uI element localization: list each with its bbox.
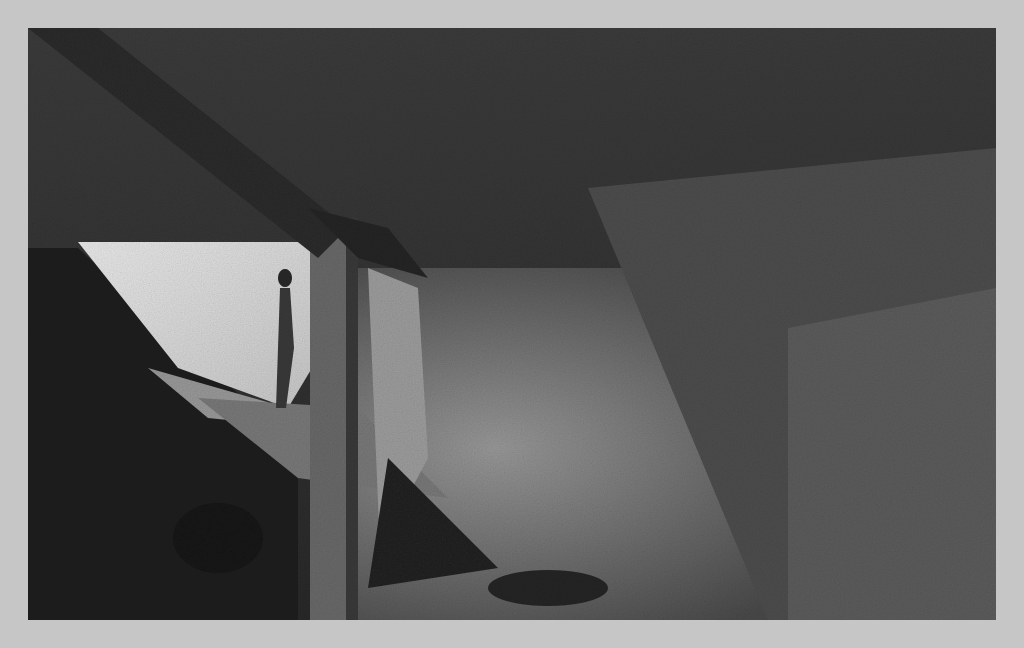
artwork-frame (28, 28, 996, 620)
artwork-image (28, 28, 996, 620)
